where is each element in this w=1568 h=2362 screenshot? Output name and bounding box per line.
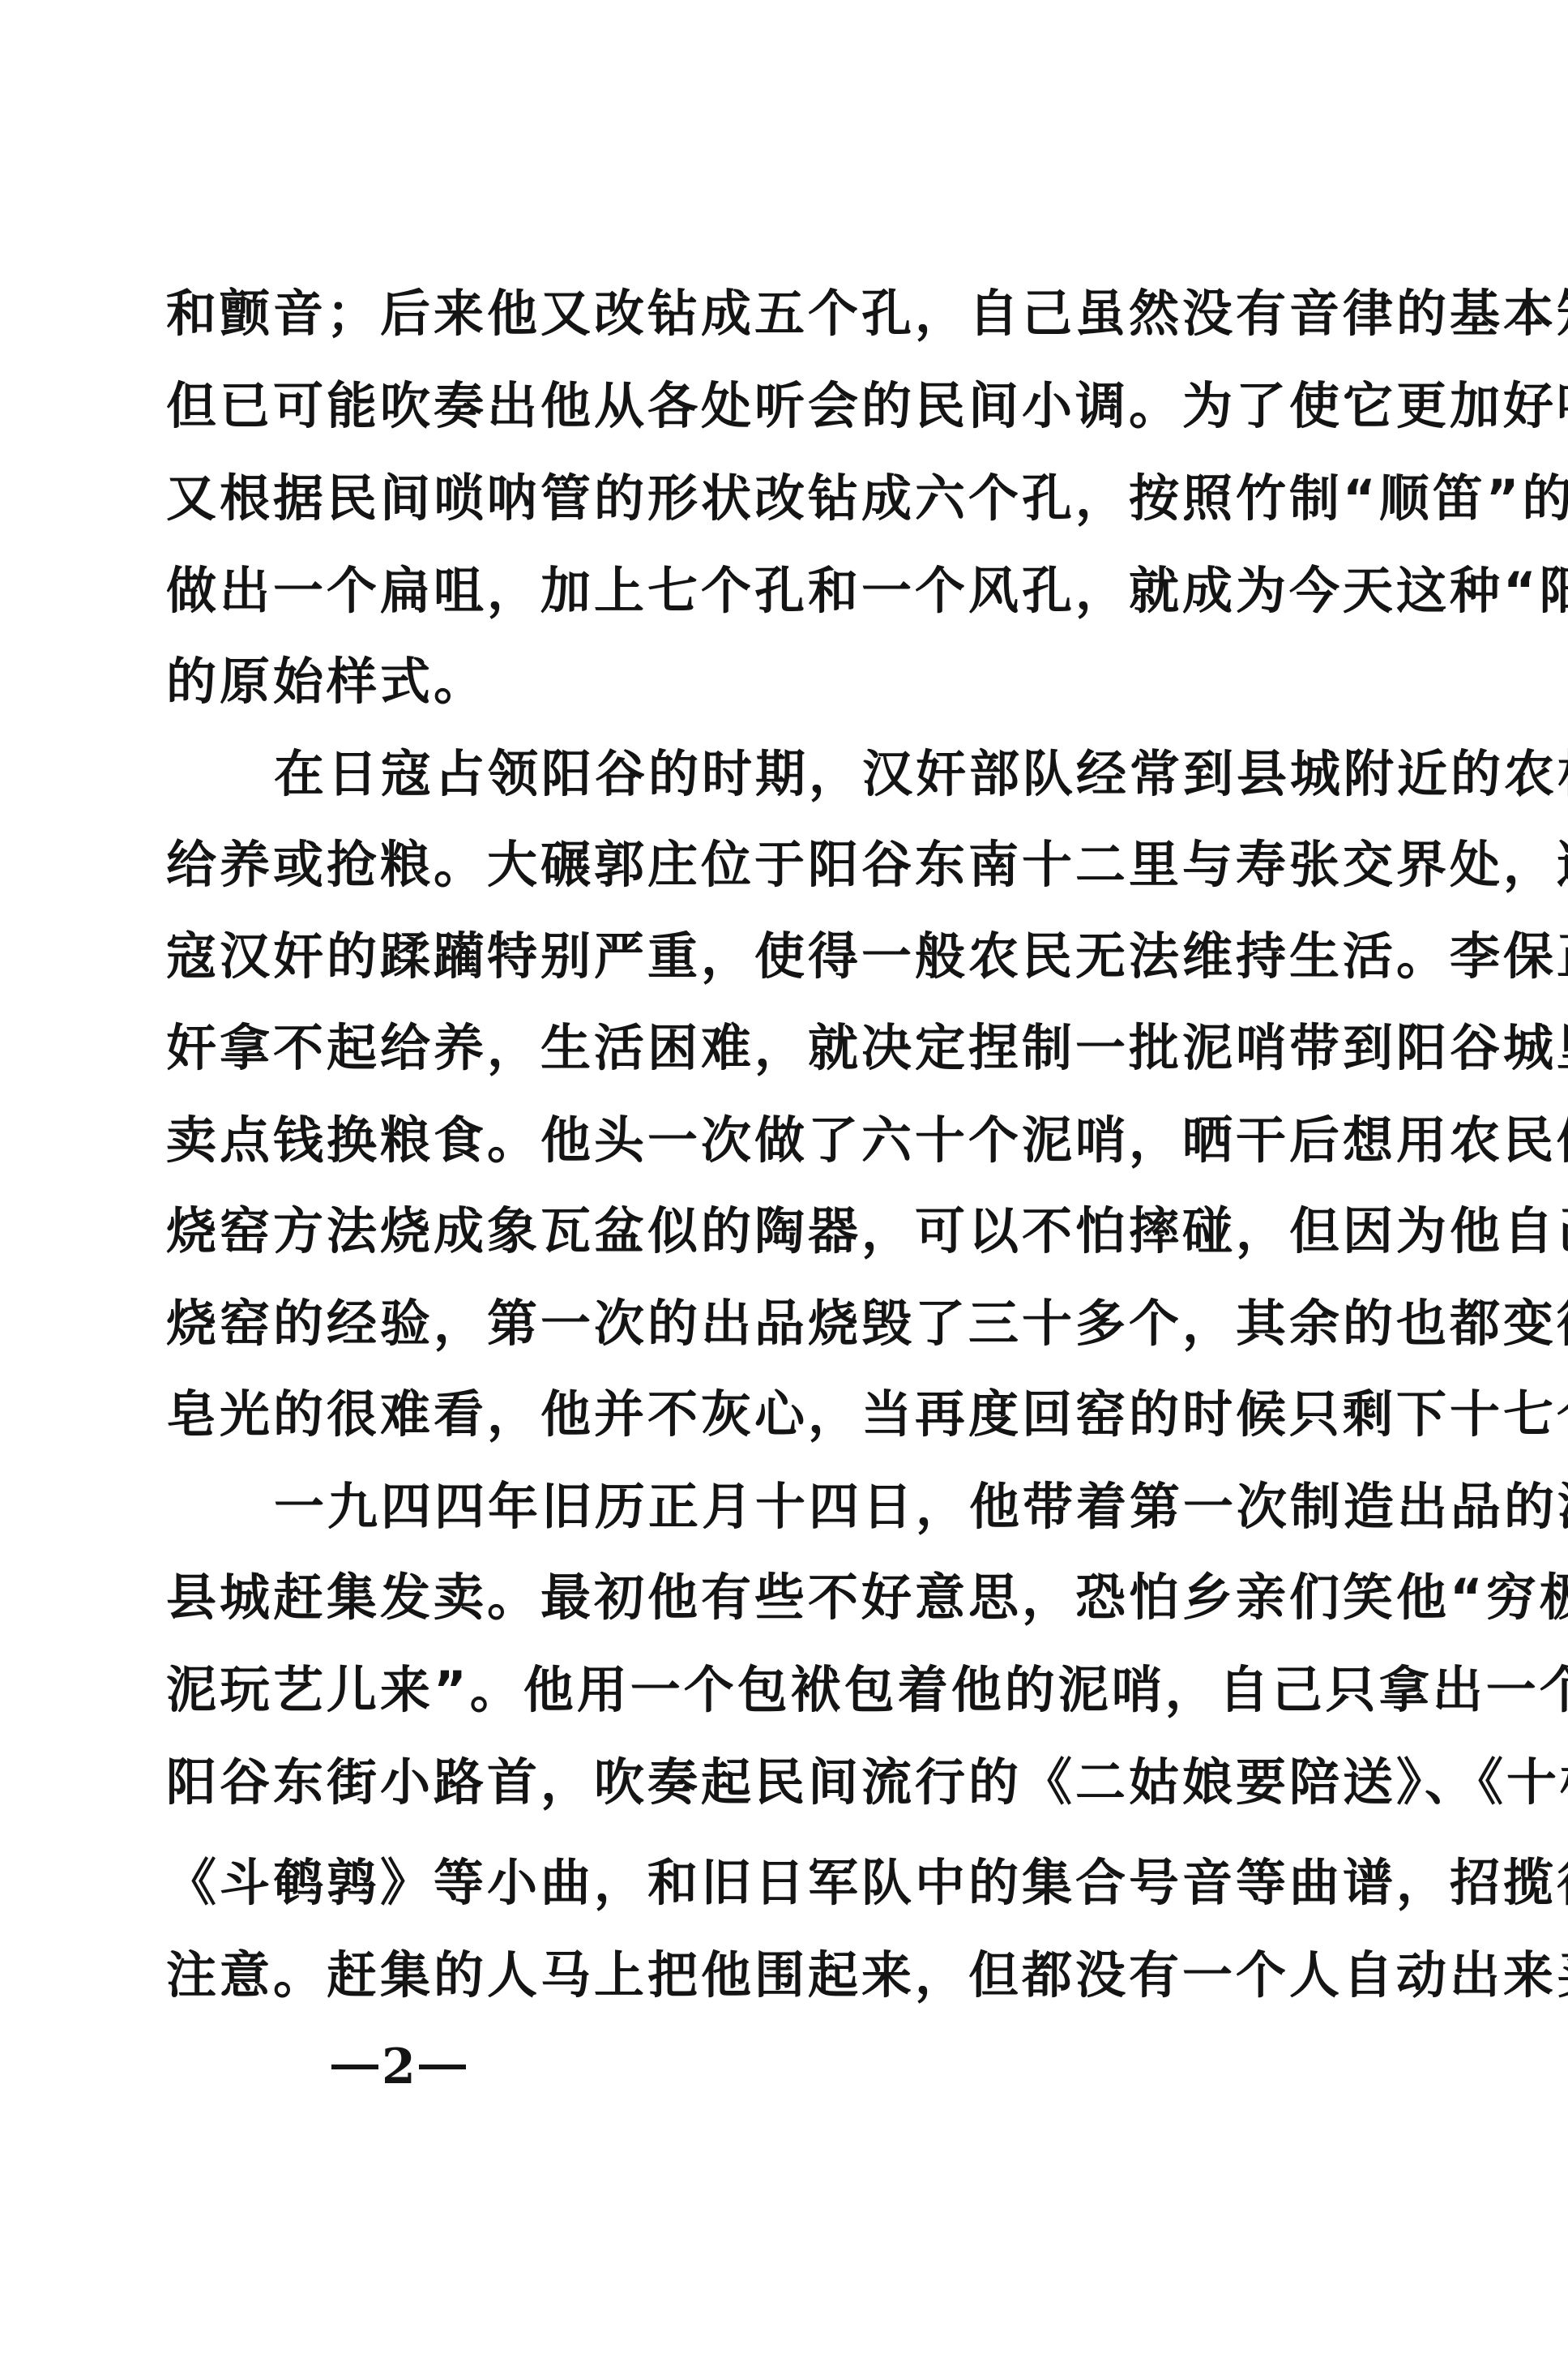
scanned-book-page: 和颤音；后来他又改钻成五个孔，自己虽然没有音律的基本知识， 但已可能吹奏出他从各… [0, 0, 1568, 2362]
text-line: 烧窑方法烧成象瓦盆似的陶器，可以不怕摔碰，但因为他自己没有 [166, 1203, 1357, 1260]
page-number-value: 2 [382, 2039, 416, 2095]
text-line: 给养或抢粮。大碾郭庄位于阳谷东南十二里与寿张交界处，遭受日 [166, 837, 1357, 893]
text-line: 但已可能吹奏出他从各处听会的民间小调。为了使它更加好听，他 [166, 378, 1357, 434]
paragraph-first-line: 在日寇占领阳谷的时期，汉奸部队经常到县城附近的农村催讨 [274, 746, 1357, 802]
text-line: 寇汉奸的蹂躏特别严重，使得一般农民无法维持生活。李保正给汉 [166, 928, 1357, 985]
text-line: 烧窑的经验，第一次的出品烧毁了三十多个，其余的也都变得乌漆 [166, 1295, 1357, 1352]
text-line: 阳谷东街小路首，吹奏起民间流行的《二姑娘要陪送》、《十杯酒》 [166, 1754, 1357, 1811]
text-line: 做出一个扁咀，加上七个孔和一个风孔，就成为今天这种“阳谷哨” [166, 563, 1357, 619]
text-line: 《斗鹌鹑》等小曲，和旧日军队中的集合号音等曲谱，招揽行人的 [166, 1855, 1357, 1911]
text-line: 又根据民间唢呐管的形状改钻成六个孔，按照竹制“顺笛”的样子 [166, 470, 1357, 527]
text-line: 注意。赶集的人马上把他围起来，但都没有一个人自动出来买。后 [166, 1947, 1357, 2004]
text-line: 皂光的很难看，他并不灰心，当再度回窑的时候只剩下十七个了。 [166, 1386, 1357, 1443]
text-line: 奸拿不起给养，生活困难，就决定捏制一批泥哨带到阳谷城里去， [166, 1020, 1357, 1076]
text-line: 县城赶集发卖。最初他有些不好意思，恐怕乡亲们笑他“穷极卖起 [166, 1569, 1357, 1626]
page-number: 2 [328, 2041, 469, 2093]
text-line: 和颤音；后来他又改钻成五个孔，自己虽然没有音律的基本知识， [166, 285, 1357, 342]
paragraph-first-line: 一九四四年旧历正月十四日，他带着第一次制造出品的泥哨到 [274, 1478, 1357, 1535]
page-number-right-dash [419, 2065, 466, 2069]
text-line: 卖点钱换粮食。他头一次做了六十个泥哨，晒干后想用农民传统的 [166, 1112, 1357, 1169]
text-line: 泥玩艺儿来”。他用一个包袱包着他的泥哨，自己只拿出一个站在 [166, 1662, 1357, 1718]
text-line: 的原始样式。 [166, 653, 1357, 710]
page-number-left-dash [331, 2065, 378, 2069]
